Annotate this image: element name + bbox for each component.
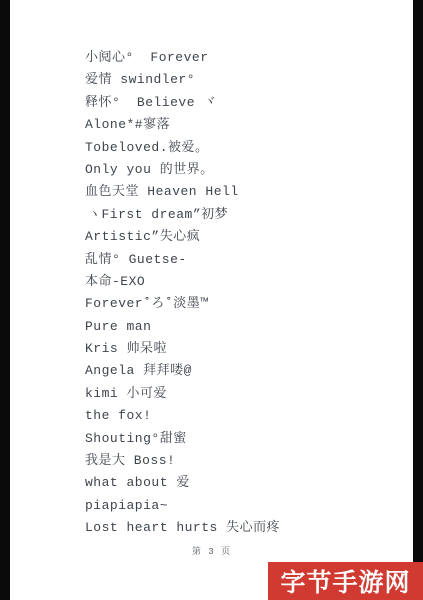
list-line: 乱情° Guetse- [85, 249, 280, 271]
list-line: Alone*#寥落 [85, 114, 280, 136]
list-line: the fox! [85, 405, 280, 427]
list-line: ヽFirst dream”初梦 [85, 204, 280, 226]
list-line: 小阋心° Forever [85, 47, 280, 69]
list-line: Artistic”失心疯 [85, 226, 280, 248]
right-border-bar [413, 0, 423, 600]
list-line: Angela 拜拜喽@ [85, 360, 280, 382]
left-border-bar [0, 0, 10, 600]
page-number-footer: 第 3 页 [0, 544, 423, 557]
list-line: 本命-EXO [85, 271, 280, 293]
nickname-list: 小阋心° Forever 爱情 swindler° 释怀° Believe ヾ … [85, 47, 280, 540]
list-line: Forever˚ろ˚淡墨™ [85, 293, 280, 315]
list-line: kimi 小可爱 [85, 383, 280, 405]
list-line: Kris 帅呆啦 [85, 338, 280, 360]
list-line: Tobeloved.被爱。 [85, 137, 280, 159]
list-line: 我是大 Boss! [85, 450, 280, 472]
list-line: 血色天堂 Heaven Hell [85, 181, 280, 203]
list-line: Only you 的世界。 [85, 159, 280, 181]
document-page: 小阋心° Forever 爱情 swindler° 释怀° Believe ヾ … [0, 0, 423, 600]
list-line: Pure man [85, 316, 280, 338]
list-line: Lost heart hurts 失心而疼 [85, 517, 280, 539]
list-line: 释怀° Believe ヾ [85, 92, 280, 114]
list-line: what about 爱 [85, 472, 280, 494]
list-line: 爱情 swindler° [85, 69, 280, 91]
site-watermark: 字节手游网 [268, 562, 423, 600]
list-line: piapiapia~ [85, 495, 280, 517]
list-line: Shouting°甜蜜 [85, 428, 280, 450]
